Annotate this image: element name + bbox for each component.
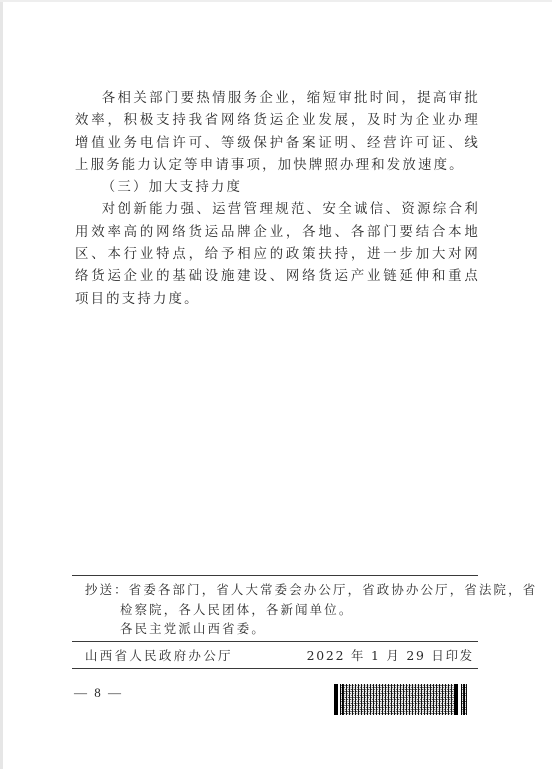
divider-top xyxy=(72,575,478,576)
cc-line-3: 各民主党派山西省委。 xyxy=(85,619,475,639)
issue-date: 2022 年 1 月 29 日印发 xyxy=(307,646,474,664)
document-body: 各相关部门要热情服务企业，缩短审批时间，提高审批效率，积极支持我省网络货运企业发… xyxy=(75,88,480,311)
divider-middle xyxy=(72,641,478,642)
paragraph-approval: 各相关部门要热情服务企业，缩短审批时间，提高审批效率，积极支持我省网络货运企业发… xyxy=(75,88,480,177)
cc-list: 抄送：省委各部门，省人大常委会办公厅，省政协办公厅，省法院，省 检察院，各人民团… xyxy=(85,580,475,639)
page-edge xyxy=(0,0,3,769)
cc-line-1: 抄送：省委各部门，省人大常委会办公厅，省政协办公厅，省法院，省 xyxy=(85,580,475,600)
barcode-icon xyxy=(334,684,467,715)
paragraph-support: 对创新能力强、运营管理规范、安全诚信、资源综合利用效率高的网络货运品牌企业，各地… xyxy=(75,199,480,310)
issuing-office: 山西省人民政府办公厅 xyxy=(85,646,233,664)
page-number: — 8 — xyxy=(74,685,123,701)
page-edge xyxy=(0,0,552,2)
cc-line-2: 检察院，各人民团体，各新闻单位。 xyxy=(85,600,475,620)
section-heading-support: （三）加大支持力度 xyxy=(75,177,480,199)
divider-bottom xyxy=(72,668,478,669)
